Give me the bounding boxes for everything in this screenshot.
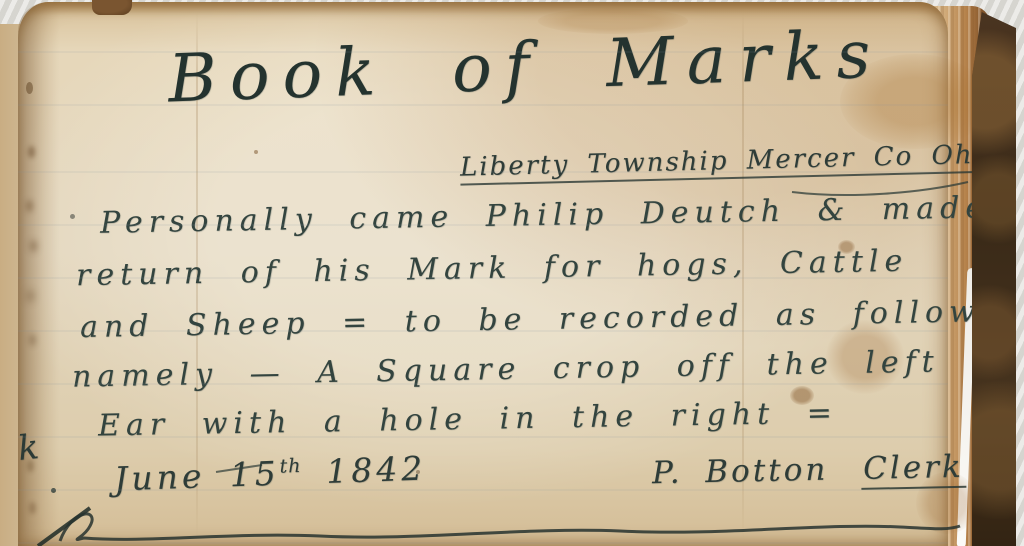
margin-mark: k: [16, 427, 41, 469]
clerk-signature: P. Botton Clerk: [652, 449, 966, 492]
signature-role: Clerk: [861, 449, 966, 490]
signature-name: P. Botton: [652, 452, 829, 492]
location-line: Liberty Township Mercer Co Ohio: [460, 139, 1002, 185]
body-line: Ear with a hole in the right =: [98, 396, 838, 444]
binding-fragment: [92, 0, 132, 15]
date-ordinal: th: [279, 454, 302, 478]
body-line: return of his Mark for hogs, Cattle: [76, 244, 909, 294]
margin-dot: [51, 488, 56, 493]
date-line: June 15th 1842: [113, 449, 426, 499]
photo-of-ledger-page: Book of Marks Liberty Township Mercer Co…: [0, 0, 1024, 546]
page-title: Book of Marks: [167, 16, 885, 118]
book-cover-edge: [972, 12, 1016, 546]
body-line: and Sheep = to be recorded as follows: [80, 294, 1003, 345]
ink-speck: [70, 214, 75, 219]
ledger-page: Book of Marks Liberty Township Mercer Co…: [18, 2, 948, 546]
gutter-stains: [26, 82, 33, 94]
body-line: Personally came Philip Deutch & made: [100, 190, 990, 241]
ink-speck: [254, 150, 258, 154]
date-year: 1842: [326, 449, 427, 491]
date-text: June 15: [113, 454, 280, 499]
body-line: namely — A Square crop off the left: [72, 344, 940, 394]
